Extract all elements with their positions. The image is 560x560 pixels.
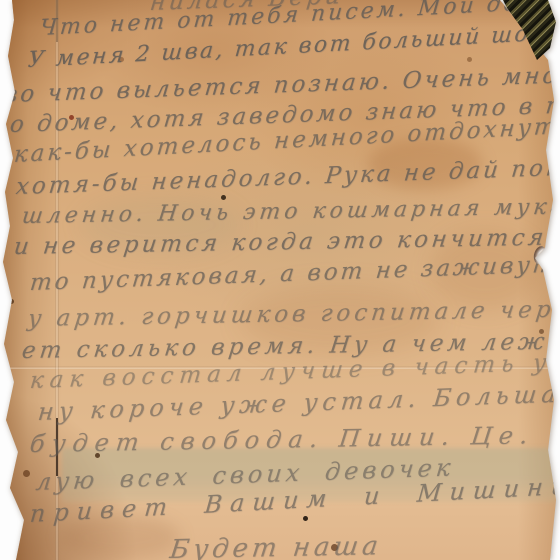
- letter-paper: нилася Вери Что нет от тебя писем. Мои д…: [0, 0, 560, 560]
- scan-background: { "scan": { "description": "Scanned page…: [0, 0, 560, 560]
- handwriting-layer: нилася Вери Что нет от тебя писем. Мои д…: [0, 0, 560, 560]
- letter-paper-wrapper: нилася Вери Что нет от тебя писем. Мои д…: [0, 0, 560, 560]
- handwriting-line: у арт. горчишков госпитале черт зна: [26, 295, 560, 332]
- handwriting-line: шленно. Ночь это кошмарная мука. Уже: [20, 193, 560, 229]
- dirt-specks: [0, 0, 3, 3]
- handwriting-line: будет свобода. Пиши. Це.: [28, 421, 536, 458]
- handwriting-line: Будет наша: [168, 531, 383, 560]
